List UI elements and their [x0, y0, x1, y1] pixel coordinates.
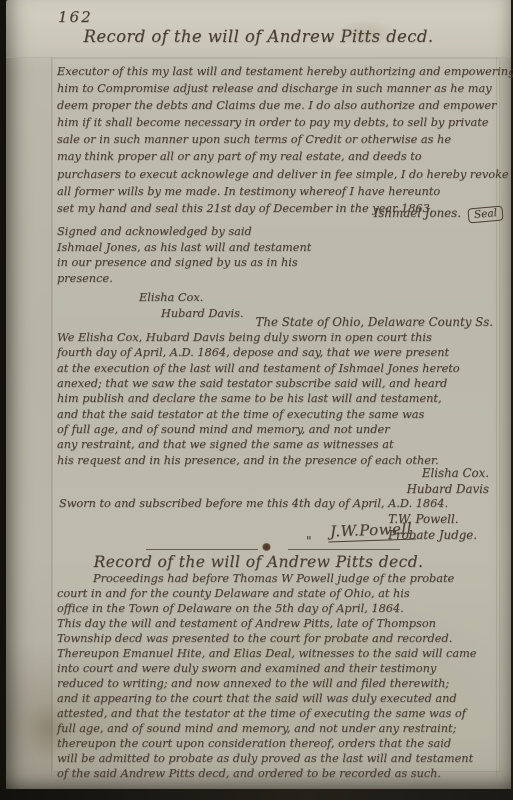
manuscript-line: Ishmael Jones, as his last will and test… [57, 240, 357, 256]
left-margin-rule [51, 57, 52, 777]
manuscript-line: will be admitted to probate as duly prov… [57, 751, 507, 766]
manuscript-line: may think proper all or any part of my r… [57, 148, 503, 165]
witness-signature: Hubard Davis [407, 481, 489, 497]
manuscript-line: him if it shall become necessary in orde… [57, 114, 503, 131]
ditto-mark: " [306, 534, 312, 548]
manuscript-line: deem proper the debts and Claims due me.… [57, 97, 503, 114]
manuscript-line: office in the Town of Delaware on the 5t… [57, 601, 507, 616]
judge-title: Probate Judge. [388, 528, 477, 544]
ink-blot [262, 543, 271, 551]
manuscript-line: at the execution of the last will and te… [57, 361, 503, 376]
manuscript-line: purchasers to execut acknowlege and deli… [57, 166, 503, 183]
manuscript-line: in our presence and signed by us as in h… [57, 255, 357, 271]
manuscript-line: all former wills by me made. In testimon… [57, 183, 503, 200]
manuscript-line: into court and were duly sworn and exami… [57, 661, 507, 676]
manuscript-line: of full age, and of sound mind and memor… [57, 422, 503, 437]
manuscript-line: full age, and of sound mind and memory, … [57, 721, 507, 736]
manuscript-line: and that the said testator at the time o… [57, 407, 503, 422]
witness-affidavit-text: We Elisha Cox, Hubard Davis being duly s… [57, 330, 503, 468]
section-divider [288, 549, 400, 550]
pitts-probate-proceedings-text: Proceedings had before Thomas W Powell j… [57, 571, 507, 781]
manuscript-line: presence. [57, 271, 357, 287]
manuscript-line: court in and for the county Delaware and… [57, 586, 507, 601]
witness-signature: Elisha Cox. [407, 465, 489, 481]
attestation-clause: Signed and acknowledged by said Ishmael … [57, 224, 357, 322]
section-divider [146, 549, 258, 550]
witness-signature: Elisha Cox. [139, 290, 357, 306]
manuscript-line: any restraint, and that we signed the sa… [57, 437, 503, 452]
manuscript-line: We Elisha Cox, Hubard Davis being duly s… [57, 330, 503, 345]
testator-signature-row: Ishmael Jones.Seal [57, 206, 503, 222]
page-number: 162 [58, 8, 93, 26]
will-continuation-text: Executor of this my last will and testam… [57, 63, 503, 217]
manuscript-line: attested, and that the testator at the t… [57, 706, 507, 721]
manuscript-line: This day the will and testament of Andre… [57, 616, 507, 631]
scanned-will-record-photo: 162 Record of the will of Andrew Pitts d… [0, 0, 513, 800]
venue-heading: The State of Ohio, Delaware County Ss. [256, 315, 494, 329]
manuscript-line: sale or in such manner upon such terms o… [57, 131, 503, 148]
manuscript-line: and it appearing to the court that the s… [57, 691, 507, 706]
manuscript-line: Proceedings had before Thomas W Powell j… [93, 571, 507, 586]
manuscript-line: anexed; that we saw the said testator su… [57, 376, 503, 391]
judge-name-title: T.W. Powell. Probate Judge. [388, 512, 477, 543]
affidavit-signatures: Elisha Cox. Hubard Davis [407, 465, 489, 497]
manuscript-line: Thereupon Emanuel Hite, and Elias Deal, … [57, 646, 507, 661]
pitts-record-heading: Record of the will of Andrew Pitts decd. [6, 553, 511, 571]
manuscript-line: thereupon the court upon consideration t… [57, 736, 507, 751]
manuscript-line: Executor of this my last will and testam… [57, 63, 503, 80]
manuscript-line: of the said Andrew Pitts decd, and order… [57, 766, 507, 781]
manuscript-line: Township decd was presented to the court… [57, 631, 507, 646]
manuscript-line: him publish and declare the same to be h… [57, 391, 503, 406]
manuscript-line: reduced to writing; and now annexed to t… [57, 676, 507, 691]
manuscript-line: Signed and acknowledged by said [57, 224, 357, 240]
jurat-line: Sworn to and subscribed before me this 4… [59, 497, 448, 510]
manuscript-page: 162 Record of the will of Andrew Pitts d… [6, 0, 511, 789]
page-header-title: Record of the will of Andrew Pitts decd. [6, 27, 511, 46]
manuscript-line: fourth day of April, A.D. 1864, depose a… [57, 345, 503, 360]
judge-name: T.W. Powell. [388, 512, 477, 528]
manuscript-line: him to Compromise adjust release and dis… [57, 80, 503, 97]
testator-signature: Ishmael Jones. [374, 206, 461, 220]
seal-stamp: Seal [467, 206, 503, 224]
